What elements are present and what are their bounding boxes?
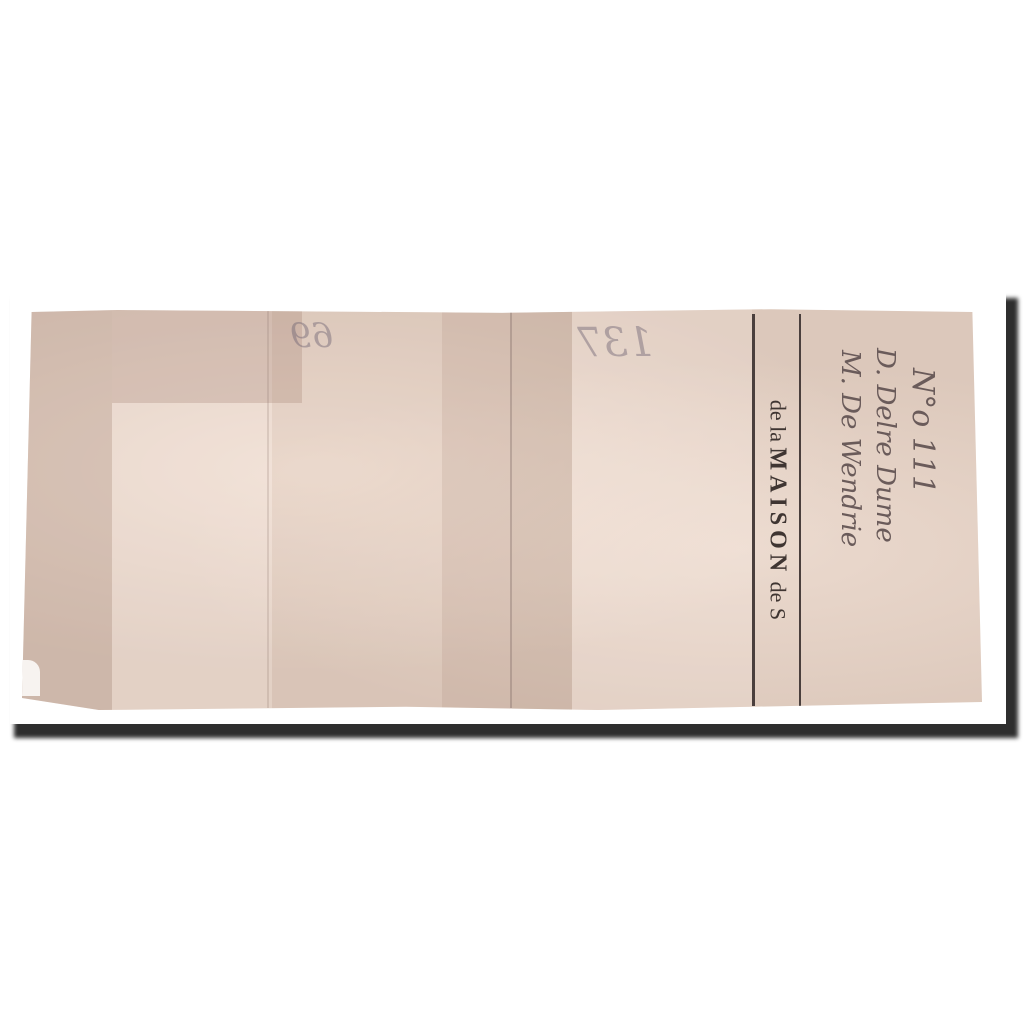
paper-note: 137 69 de la MAISON de S N°o 111 D. Delr… [22,308,982,710]
strip-prefix: de la [766,400,791,442]
light-band [572,308,752,710]
bleed-through-number: 137 [577,320,653,366]
center-fold [510,310,512,708]
strip-suffix: de [766,582,791,603]
corner-tear [22,660,40,696]
strip-main: MAISON [765,447,791,576]
printed-strip-text: de la MAISON de S [764,400,791,620]
stain-band [22,308,112,710]
left-fold [267,310,269,708]
handwritten-signature-line: D. Delre Dume [870,348,900,543]
stain-band [512,308,572,710]
top-stain [112,308,302,403]
printed-strip: de la MAISON de S [752,314,801,706]
strip-tail: S [766,608,791,620]
bleed-through-number: 69 [290,316,333,356]
handwritten-signature-line: M. De Wendrie [835,350,865,547]
handwritten-number: N°o 111 [905,368,940,494]
stain-band [442,308,512,710]
